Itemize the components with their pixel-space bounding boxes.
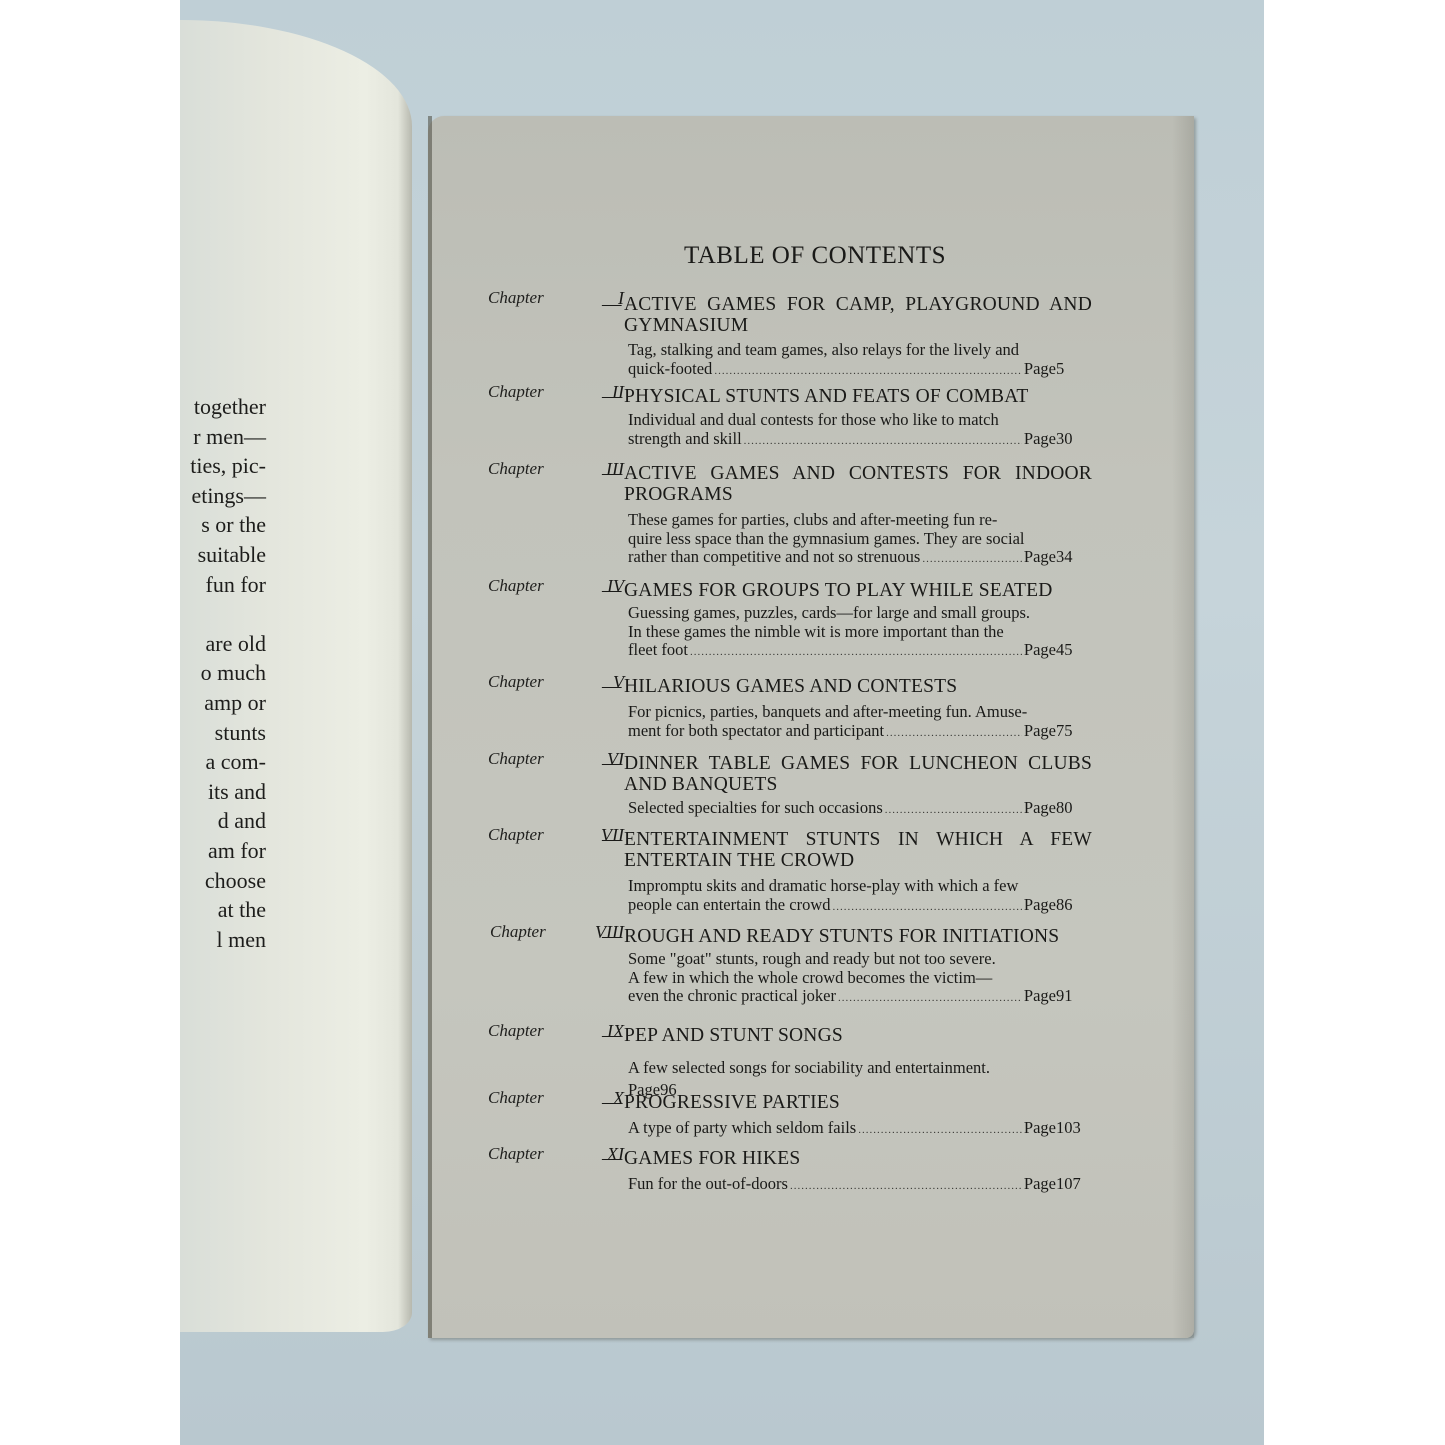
left-line: ties, pic- [180,451,266,481]
page-reference: Page91 [1024,987,1090,1006]
left-line: are old [180,629,266,659]
chapter-title: —ACTIVE GAMES FOR CAMP, PLAYGROUND AND G… [624,294,1092,336]
chapter-description: A type of party which seldom failsPage10… [628,1119,1090,1140]
left-line: its and [180,777,266,807]
chapter-description: For picnics, parties, banquets and after… [628,703,1090,742]
page-reference: Page103 [1024,1119,1090,1138]
left-line: r men— [180,422,266,452]
chapter-description: Guessing games, puzzles, cards—for large… [628,604,1090,662]
page-reference: Page75 [1024,722,1090,741]
chapter-title: —PHYSICAL STUNTS AND FEATS OF COMBAT [624,386,1092,407]
chapter-title: —PROGRESSIVE PARTIES [624,1092,1092,1113]
chapter-description: Selected specialties for such occasionsP… [628,799,1090,820]
page-reference: Page5 [1024,360,1090,379]
page-reference: Page86 [1024,896,1090,915]
page-reference: Page80 [1024,799,1090,818]
chapter-title: —ROUGH AND READY STUNTS FOR INITIATIONS [624,926,1092,947]
page-reference: Page107 [1024,1175,1090,1194]
page-reference: Page34 [1024,548,1090,567]
left-line: d and [180,806,266,836]
page-reference: Page30 [1024,430,1090,449]
chapter-title: —ACTIVE GAMES AND CONTESTS FOR INDOOR PR… [624,463,1092,505]
chapter-description: Fun for the out-of-doorsPage107 [628,1175,1090,1196]
left-line: fun for [180,570,266,600]
chapter-title: —HILARIOUS GAMES AND CONTESTS [624,676,1092,697]
chapter-description: Tag, stalking and team games, also relay… [628,341,1090,380]
chapter-title: —GAMES FOR GROUPS TO PLAY WHILE SEATED [624,580,1092,601]
left-line: etings— [180,481,266,511]
left-line: together [180,392,266,422]
left-line: choose [180,866,266,896]
chapter-title: —PEP AND STUNT SONGS [624,1025,1092,1046]
left-line: at the [180,895,266,925]
page-reference: Page45 [1024,641,1090,660]
left-line: amp or [180,688,266,718]
left-line: suitable [180,540,266,570]
chapter-title: —ENTERTAINMENT STUNTS IN WHICH A FEW ENT… [624,829,1092,871]
left-line: a com- [180,747,266,777]
toc-title: TABLE OF CONTENTS [428,242,1194,270]
chapter-description: These games for parties, clubs and after… [628,511,1090,569]
chapter-title: —DINNER TABLE GAMES FOR LUNCHEON CLUBS A… [624,753,1092,795]
table-of-contents: TABLE OF CONTENTS Chapter I —ACTIVE GAME… [428,116,1194,1338]
left-page-text: together r men— ties, pic- etings— s or … [180,392,266,954]
left-line: o much [180,658,266,688]
chapter-title: —GAMES FOR HIKES [624,1148,1092,1169]
chapter-description: Some "goat" stunts, rough and ready but … [628,950,1090,1008]
left-line: s or the [180,510,266,540]
chapter-description: Impromptu skits and dramatic horse-play … [628,877,1090,916]
left-line: am for [180,836,266,866]
gutter-shadow [398,20,412,1332]
left-line: l men [180,925,266,955]
chapter-description: Individual and dual contests for those w… [628,411,1090,450]
left-page: together r men— ties, pic- etings— s or … [180,20,412,1332]
left-line: stunts [180,718,266,748]
left-line [180,599,266,629]
